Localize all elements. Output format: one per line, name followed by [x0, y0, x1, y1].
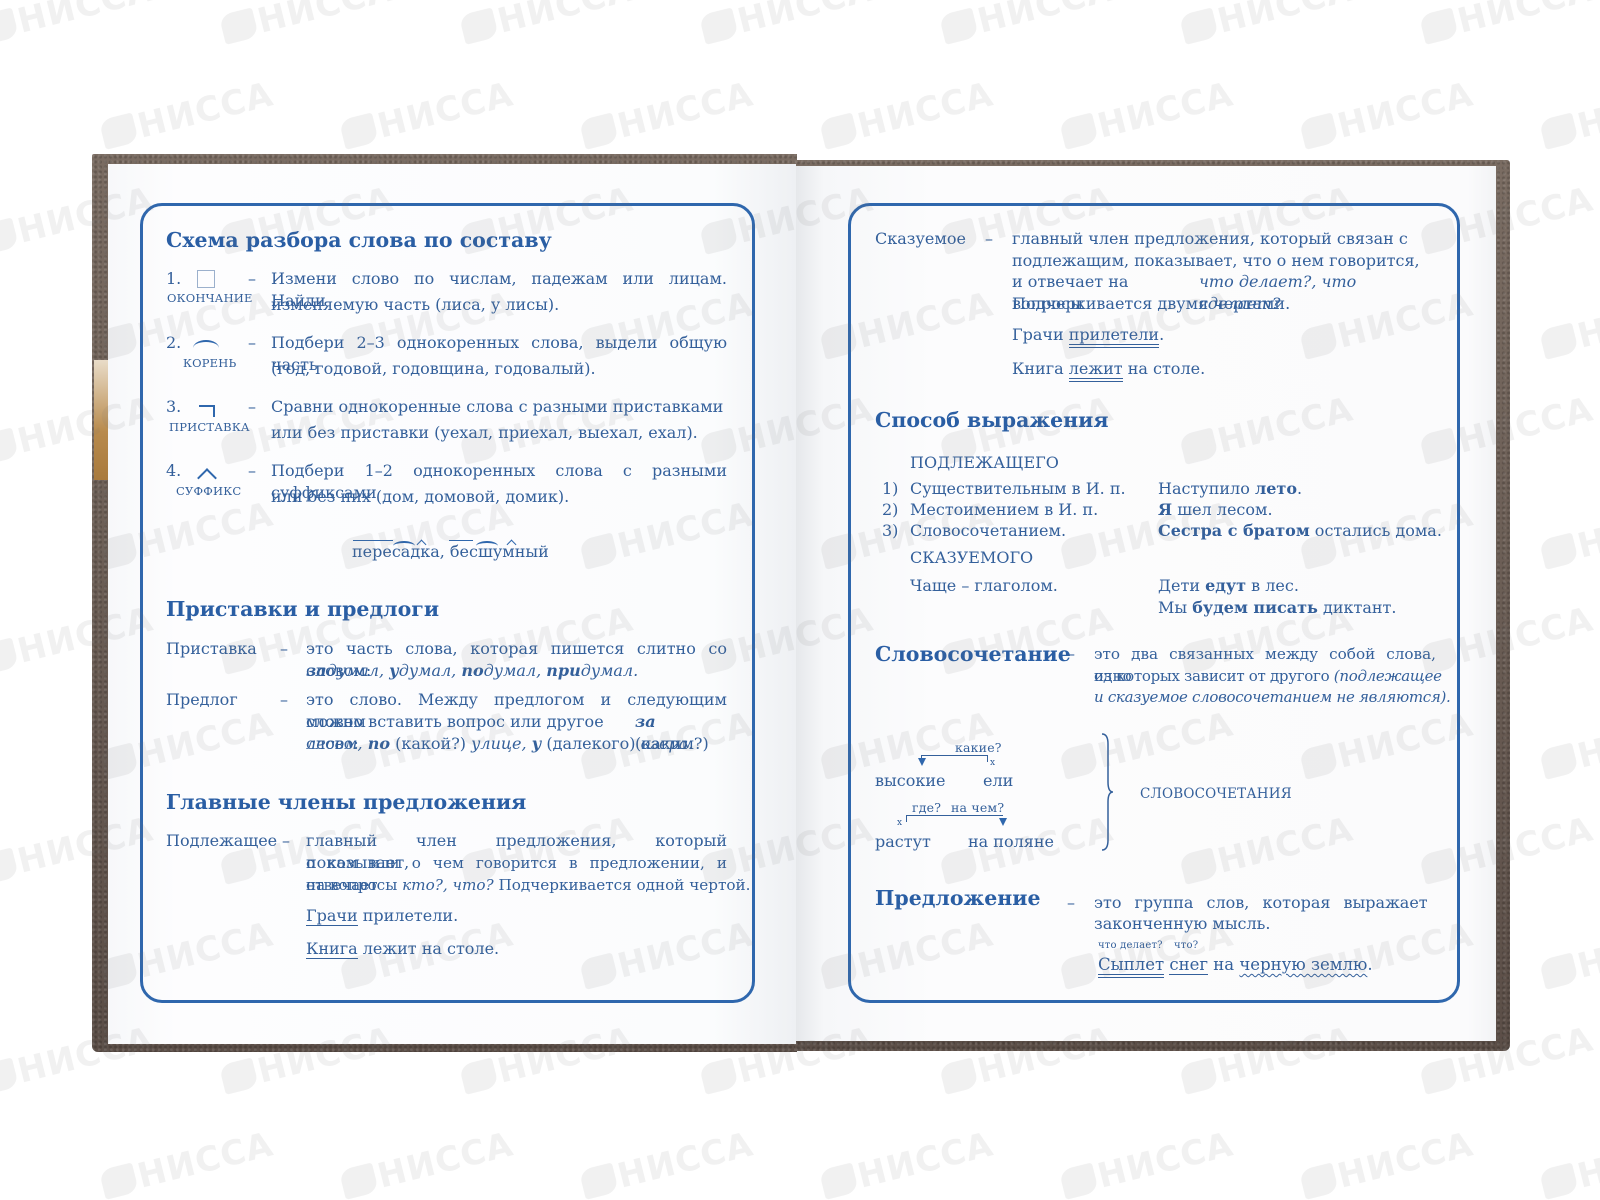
preposition-examples: лесом, по (какой?) улице, у (далекого) о… — [306, 733, 693, 755]
term-subject: Подлежащее — [166, 830, 277, 852]
nissa-logo-icon — [1059, 1162, 1099, 1199]
nissa-logo-icon — [339, 112, 379, 149]
watermark: НИССА — [1178, 0, 1358, 51]
prefix-bracket-icon — [199, 405, 215, 417]
prefix-mark-icon — [353, 540, 393, 541]
nissa-logo-icon — [99, 1162, 139, 1199]
phrase-label: СЛОВОСОЧЕТАНИЯ — [1140, 786, 1292, 802]
arrow-down-icon — [918, 758, 926, 766]
watermark: НИССА — [578, 1124, 758, 1200]
watermark: НИССА — [1418, 0, 1598, 51]
nissa-logo-icon — [819, 1162, 859, 1199]
watermark: НИССА — [1298, 1124, 1478, 1200]
nissa-logo-icon — [1539, 112, 1579, 149]
watermark: НИССА — [338, 1124, 518, 1200]
nissa-logo-icon — [1179, 7, 1219, 44]
root-arc-icon — [193, 340, 219, 356]
watermark: НИССА — [458, 0, 638, 51]
nissa-logo-icon — [1299, 1162, 1339, 1199]
nissa-logo-icon — [1299, 112, 1339, 149]
root-arc-icon — [393, 541, 415, 551]
nissa-logo-icon — [0, 427, 19, 464]
nissa-logo-icon — [0, 7, 19, 44]
nissa-logo-icon — [1539, 742, 1579, 779]
nissa-logo-icon — [939, 7, 979, 44]
nissa-logo-icon — [0, 217, 19, 254]
term-sentence: Предложение — [875, 886, 1041, 910]
nissa-logo-icon — [1419, 7, 1459, 44]
nissa-logo-icon — [1179, 1057, 1219, 1094]
watermark: НИССА — [1538, 74, 1600, 155]
term-predicate: Сказуемое — [875, 228, 966, 250]
nissa-logo-icon — [459, 1057, 499, 1094]
nissa-logo-icon — [219, 7, 259, 44]
watermark: НИССА — [1538, 494, 1600, 575]
nissa-logo-icon — [1539, 322, 1579, 359]
watermark: НИССА — [218, 0, 398, 51]
example-sentence: Сыплет снег на черную землю. — [1098, 954, 1373, 976]
nissa-logo-icon — [1539, 952, 1579, 989]
nissa-logo-icon — [219, 1057, 259, 1094]
watermark: НИССА — [98, 74, 278, 155]
watermark: НИССА — [1058, 1124, 1238, 1200]
nissa-logo-icon — [339, 1162, 379, 1199]
prefix-mark-icon — [449, 540, 473, 541]
watermark: НИССА — [1298, 74, 1478, 155]
watermark: НИССА — [818, 1124, 998, 1200]
nissa-logo-icon — [699, 7, 739, 44]
term-prefix: Приставка — [166, 638, 257, 660]
example-sentence: Грачи прилетели. — [1012, 324, 1164, 346]
nissa-logo-icon — [459, 7, 499, 44]
watermark: НИССА — [0, 0, 157, 51]
nissa-logo-icon — [99, 112, 139, 149]
nissa-logo-icon — [0, 637, 19, 674]
nissa-logo-icon — [0, 1057, 19, 1094]
nissa-logo-icon — [819, 112, 859, 149]
watermark: НИССА — [698, 0, 878, 51]
root-arc-icon — [476, 541, 498, 551]
term-phrase: Словосочетание — [875, 642, 1071, 666]
ending-box-icon — [197, 270, 215, 288]
nissa-logo-icon — [1539, 1162, 1579, 1199]
watermark: НИССА — [1538, 284, 1600, 365]
watermark: НИССА — [1538, 1124, 1600, 1200]
watermark: НИССА — [938, 0, 1118, 51]
morpheme-example: пересадка, бесшумный — [352, 541, 549, 563]
nissa-logo-icon — [1059, 112, 1099, 149]
term-preposition: Предлог — [166, 689, 238, 711]
nissa-logo-icon — [579, 112, 619, 149]
section-title-prefixes: Приставки и предлоги — [166, 597, 439, 621]
bookmark-edge — [94, 360, 108, 480]
nissa-logo-icon — [1539, 532, 1579, 569]
curly-brace-icon — [1100, 732, 1114, 852]
nissa-logo-icon — [0, 847, 19, 884]
example-sentence: Грачи прилетели. — [306, 905, 458, 927]
watermark: НИССА — [98, 1124, 278, 1200]
watermark: НИССА — [1538, 914, 1600, 995]
arrow-down-icon — [999, 818, 1007, 826]
section-title-word-analysis: Схема разбора слова по составу — [166, 228, 552, 252]
prefix-examples: задумал, удумал, подумал, придумал. — [306, 660, 638, 682]
section-title-expression: Способ выражения — [875, 408, 1108, 432]
section-title-main-members: Главные члены предложения — [166, 790, 526, 814]
watermark: НИССА — [338, 74, 518, 155]
example-sentence: Книга лежит на столе. — [306, 938, 499, 960]
watermark: НИССА — [1538, 704, 1600, 785]
nissa-logo-icon — [1419, 1057, 1459, 1094]
nissa-logo-icon — [699, 1057, 739, 1094]
example-sentence: Книга лежит на столе. — [1012, 358, 1205, 380]
watermark: НИССА — [818, 74, 998, 155]
watermark: НИССА — [1058, 74, 1238, 155]
nissa-logo-icon — [939, 1057, 979, 1094]
watermark: НИССА — [578, 74, 758, 155]
nissa-logo-icon — [579, 1162, 619, 1199]
